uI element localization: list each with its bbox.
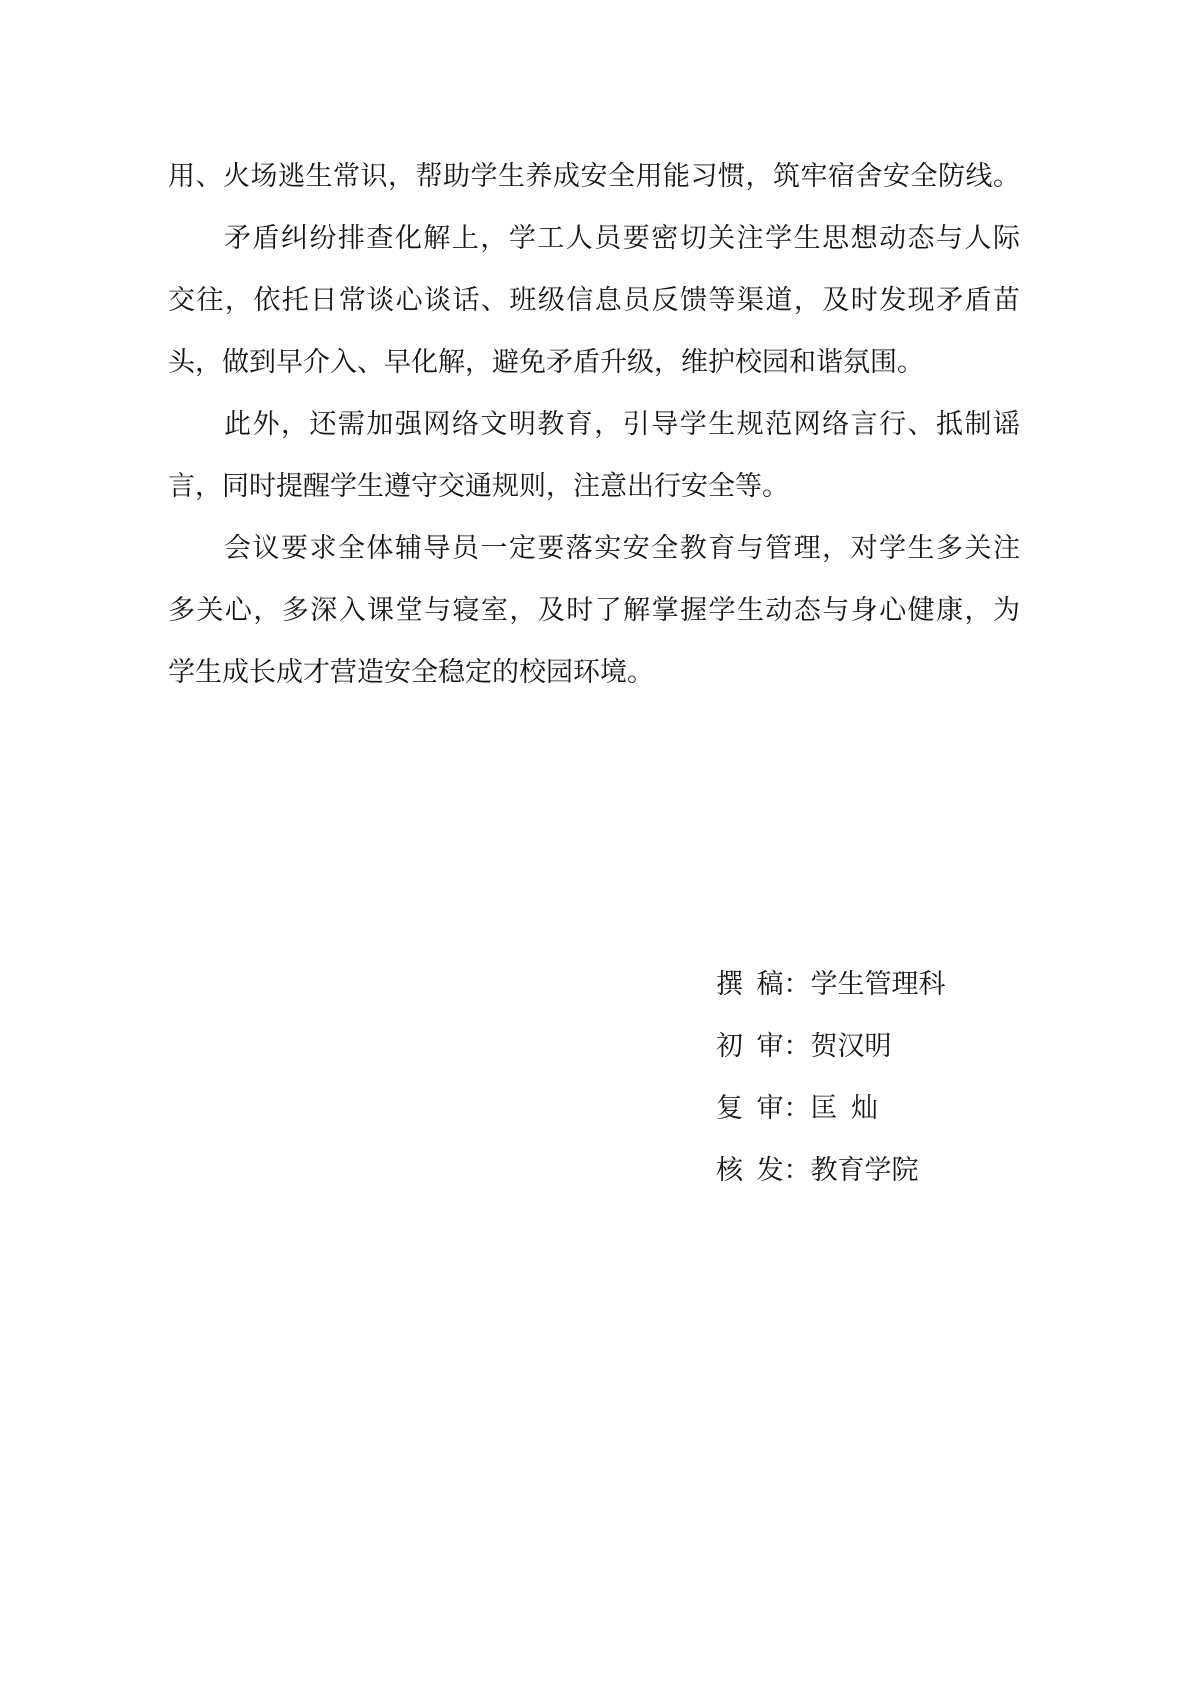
signature-label: 核 发： [716,1155,811,1185]
body-text-line: 多关心，多深入课堂与寝室，及时了解掌握学生动态与身心健康，为 [168,579,1020,641]
body-text-line: 头，做到早介入、早化解，避免矛盾升级，维护校园和谐氛围。 [168,331,1020,393]
signature-value: 匡 灿 [811,1093,879,1123]
signature-block: 撰 稿：学生管理科 初 审：贺汉明 复 审：匡 灿 核 发：教育学院 [662,891,1020,1139]
body-text-line: 言，同时提醒学生遵守交通规则，注意出行安全等。 [168,455,1020,517]
body-text-line: 此外，还需加强网络文明教育，引导学生规范网络言行、抵制谣 [168,393,1020,455]
body-text-line: 矛盾纠纷排查化解上，学工人员要密切关注学生思想动态与人际 [168,207,1020,269]
signature-value: 贺汉明 [811,1031,892,1061]
body-text-line: 交往，依托日常谈心谈话、班级信息员反馈等渠道，及时发现矛盾苗 [168,269,1020,331]
signature-label: 初 审： [716,1031,811,1061]
document-page: 用、火场逃生常识，帮助学生养成安全用能习惯，筑牢宿舍安全防线。 矛盾纠纷排查化解… [0,0,1191,1684]
document-body: 用、火场逃生常识，帮助学生养成安全用能习惯，筑牢宿舍安全防线。 矛盾纠纷排查化解… [168,145,1020,1139]
body-text-line: 学生成长成才营造安全稳定的校园环境。 [168,641,1020,703]
signature-label: 撰 稿： [716,969,811,999]
signature-value: 学生管理科 [811,969,946,999]
signature-label: 复 审： [716,1093,811,1123]
signature-value: 教育学院 [811,1155,919,1185]
body-text-line: 会议要求全体辅导员一定要落实安全教育与管理，对学生多关注 [168,517,1020,579]
signature-line-drafter: 撰 稿：学生管理科 [662,891,1020,953]
body-text-line: 用、火场逃生常识，帮助学生养成安全用能习惯，筑牢宿舍安全防线。 [168,145,1020,207]
